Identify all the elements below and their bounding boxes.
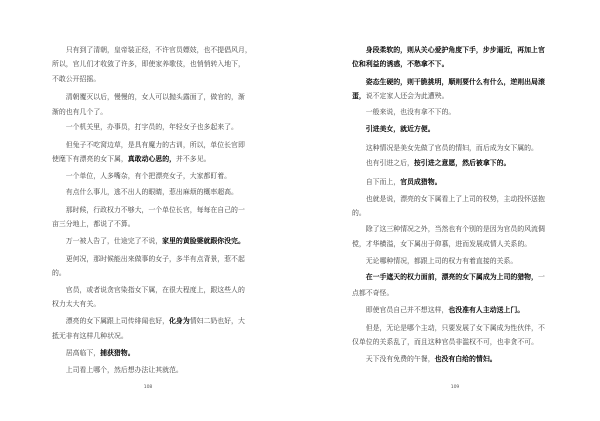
text-line: 的。 [352,208,544,218]
text-run: 这种情况是美女先做了官员的情妇，而后成为女下属的。 [366,144,538,152]
page-number: 108 [133,385,163,390]
text-line: 居高临下，捕获猎物。 [52,348,244,358]
left-page: 只有到了清朝，皇帝装正经，不许官员嫖妓，也不提倡风月， 所以，官儿们才收敛了许多… [0,0,300,421]
text-line: 仅单位的关系乱了，而且这种官员非滥权不可，也非贪不可。 [352,337,544,347]
emphasis-text: 真敢动心思的， [128,155,176,163]
text-line: 除了这三种情况之外，当然也有个别的是因为官员的风流倜 [352,224,544,234]
text-run: 点都不奇怪。 [352,289,393,297]
text-run: 自下而上， [366,178,400,186]
text-run: 万一被人告了，仕途完了不说， [66,237,162,245]
text-run: 那时候，行政权力不够大，一个单位长官，每每在自己的一 [66,206,245,214]
right-page: 身段柔软的，则从关心爱护角度下手，步步逼近，再加上官 位和利益的诱惑，不愁拿不下… [300,0,600,421]
text-run: 使麾下有漂亮的女下属， [52,155,128,163]
text-run: 居高临下， [66,349,100,357]
text-run: 权力太大有关。 [52,300,100,308]
emphasis-text: 按引进之意愿，然后被拿下的。 [414,159,510,167]
text-run: 仅单位的关系乱了，而且这种官员非滥权不可，也非贪不可。 [352,338,538,346]
text-line: 这种情况是美女先做了官员的情妇，而后成为女下属的。 [352,143,544,153]
text-line: 在一手遮天的权力面前，漂亮的女下属成为上司的猎物，一 [352,272,544,282]
text-line: 的。 [52,268,244,278]
emphasis-text: 引进美女，就近方便。 [366,125,435,133]
text-run: 无论哪种情况，都跟上司的权力有着直接的关系。 [366,257,518,265]
emphasis-text: 也没有白给的情妇。 [435,355,497,363]
text-line: 姿态生硬的，则干脆挑明，顺则要什么有什么，逆则出局滚 [352,77,544,87]
text-line: 天下没有免费的午餐，也没有白给的情妇。 [352,354,544,364]
text-run: 的。 [352,209,366,217]
text-line: 万一被人告了，仕途完了不说，家里的黄脸婆就跟你没完。 [52,236,244,246]
text-run: 渐的也有几个了。 [52,108,107,116]
text-run: 傥，才华横溢，女下属出于仰慕，进而发展成情人关系的。 [352,240,531,248]
emphasis-text: 捕获猎物。 [100,349,134,357]
text-line: 所以，官儿们才收敛了许多，即使家养歌伎，也悄悄转入地下， [52,59,244,69]
emphasis-text: 官员成猎物。 [400,178,441,186]
text-line: 一般来说，也没有拿不下的。 [352,107,544,117]
text-run: 上司看上哪个，然后想办法让其就范。 [66,366,183,374]
page-number: 109 [440,385,470,390]
text-line: 抵无非有这样几种状况。 [52,331,244,341]
text-run: 不敢公开招摇。 [52,75,100,83]
text-run: 只有到了清朝，皇帝装正经，不许官员嫖妓，也不提倡风月， [66,46,252,54]
text-run: 天下没有免费的午餐， [366,355,435,363]
text-line: 蛋，说不定家人还会为此遭殃。 [352,91,544,101]
text-run: 也就是说，漂亮的女下属看上了上司的权势，主动投怀送抱 [366,195,545,203]
text-run: 有点什么事儿，逃不出人的眼睛，惹出麻烦的概率超高。 [66,188,238,196]
text-line: 清朝覆灭以后，慢慢的，女人可以抛头露面了，做官的，渐 [52,92,244,102]
text-line: 傥，才华横溢，女下属出于仰慕，进而发展成情人关系的。 [352,239,544,249]
text-line: 自下而上，官员成猎物。 [352,177,544,187]
text-run: 漂亮的女下属跟上司传绯闻也好， [66,317,169,325]
text-run: 即使官员自己并不想这样， [366,306,449,314]
text-line: 也就是说，漂亮的女下属看上了上司的权势，主动投怀送抱 [352,194,544,204]
text-line: 引进美女，就近方便。 [352,124,544,134]
text-line: 漂亮的女下属跟上司传绯闻也好，化身为情妇二奶也好，大 [52,316,244,326]
text-line: 无论哪种情况，都跟上司的权力有着直接的关系。 [352,256,544,266]
text-run: 一个机关里，办事员，打字员的，年轻女子也多起来了。 [66,123,238,131]
text-run: 但是，无论是哪个主动，只要发展了女下属成为性伙伴，不 [366,324,545,332]
text-line: 但兔子不吃窝边草，是具有魔力的古训，所以，单位长官即 [52,140,244,150]
text-line: 有点什么事儿，逃不出人的眼睛，惹出麻烦的概率超高。 [52,187,244,197]
text-line: 上司看上哪个，然后想办法让其就范。 [52,365,244,375]
text-line: 一个机关里，办事员，打字员的，年轻女子也多起来了。 [52,122,244,132]
text-line: 权力太大有关。 [52,299,244,309]
text-run: 所以，官儿们才收敛了许多，即使家养歌伎，也悄悄转入地下， [52,60,245,68]
text-line: 亩三分地上，都说了不算。 [52,219,244,229]
text-run: 抵无非有这样几种状况。 [52,332,128,340]
emphasis-text: 在一手遮天的权力面前，漂亮的女下属成为上司的猎物， [366,273,538,281]
text-run: 情妇二奶也好，大 [190,317,245,325]
text-line: 但是，无论是哪个主动，只要发展了女下属成为性伙伴，不 [352,323,544,333]
emphasis-text: 姿态生硬的，则干脆挑明，顺则要什么有什么，逆则出局滚 [366,78,545,86]
text-line: 只有到了清朝，皇帝装正经，不许官员嫖妓，也不提倡风月， [52,45,244,55]
emphasis-text: 身段柔软的，则从关心爱护角度下手，步步逼近，再加上官 [366,46,545,54]
text-run: 并不多见。 [176,155,210,163]
emphasis-text: 蛋， [352,92,366,100]
text-run: 亩三分地上，都说了不算。 [52,220,135,228]
text-line: 那时候，行政权力不够大，一个单位长官，每每在自己的一 [52,205,244,215]
text-run: 除了这三种情况之外，当然也有个别的是因为官员的风流倜 [366,225,545,233]
text-line: 点都不奇怪。 [352,288,544,298]
emphasis-text: 化身为 [169,317,190,325]
text-run: 更何况，那时候能出来做事的女子，多半有点背景，惹不起 [66,255,245,263]
emphasis-text: 家里的黄脸婆就跟你没完。 [162,237,245,245]
text-run: 一个单位，人多嘴杂，有个把漂亮女子，大家都盯着。 [66,172,231,180]
text-line: 使麾下有漂亮的女下属，真敢动心思的，并不多见。 [52,154,244,164]
text-run: 一般来说，也没有拿不下的。 [366,108,456,116]
text-run: 清朝覆灭以后，慢慢的，女人可以抛头露面了，做官的，渐 [66,93,245,101]
text-line: 即使官员自己并不想这样，也没准有人主动送上门。 [352,305,544,315]
text-line: 一个单位，人多嘴杂，有个把漂亮女子，大家都盯着。 [52,171,244,181]
text-line: 渐的也有几个了。 [52,107,244,117]
text-line: 也有引进之后，按引进之意愿，然后被拿下的。 [352,158,544,168]
text-line: 不敢公开招摇。 [52,74,244,84]
text-run: 说不定家人还会为此遭殃。 [366,92,449,100]
text-run: 的。 [52,269,66,277]
emphasis-text: 也没准有人主动送上门。 [448,306,524,314]
text-line: 更何况，那时候能出来做事的女子，多半有点背景，惹不起 [52,254,244,264]
text-run: 也有引进之后， [366,159,414,167]
text-run: 一 [538,273,545,281]
text-run: 官员，或者说贪官染指女下属，在很大程度上，跟这些人的 [66,286,245,294]
text-line: 位和利益的诱惑，不愁拿不下。 [352,59,544,69]
text-run: 但兔子不吃窝边草，是具有魔力的古训，所以，单位长官即 [66,141,245,149]
text-line: 身段柔软的，则从关心爱护角度下手，步步逼近，再加上官 [352,45,544,55]
text-line: 官员，或者说贪官染指女下属，在很大程度上，跟这些人的 [52,285,244,295]
emphasis-text: 位和利益的诱惑，不愁拿不下。 [352,60,448,68]
